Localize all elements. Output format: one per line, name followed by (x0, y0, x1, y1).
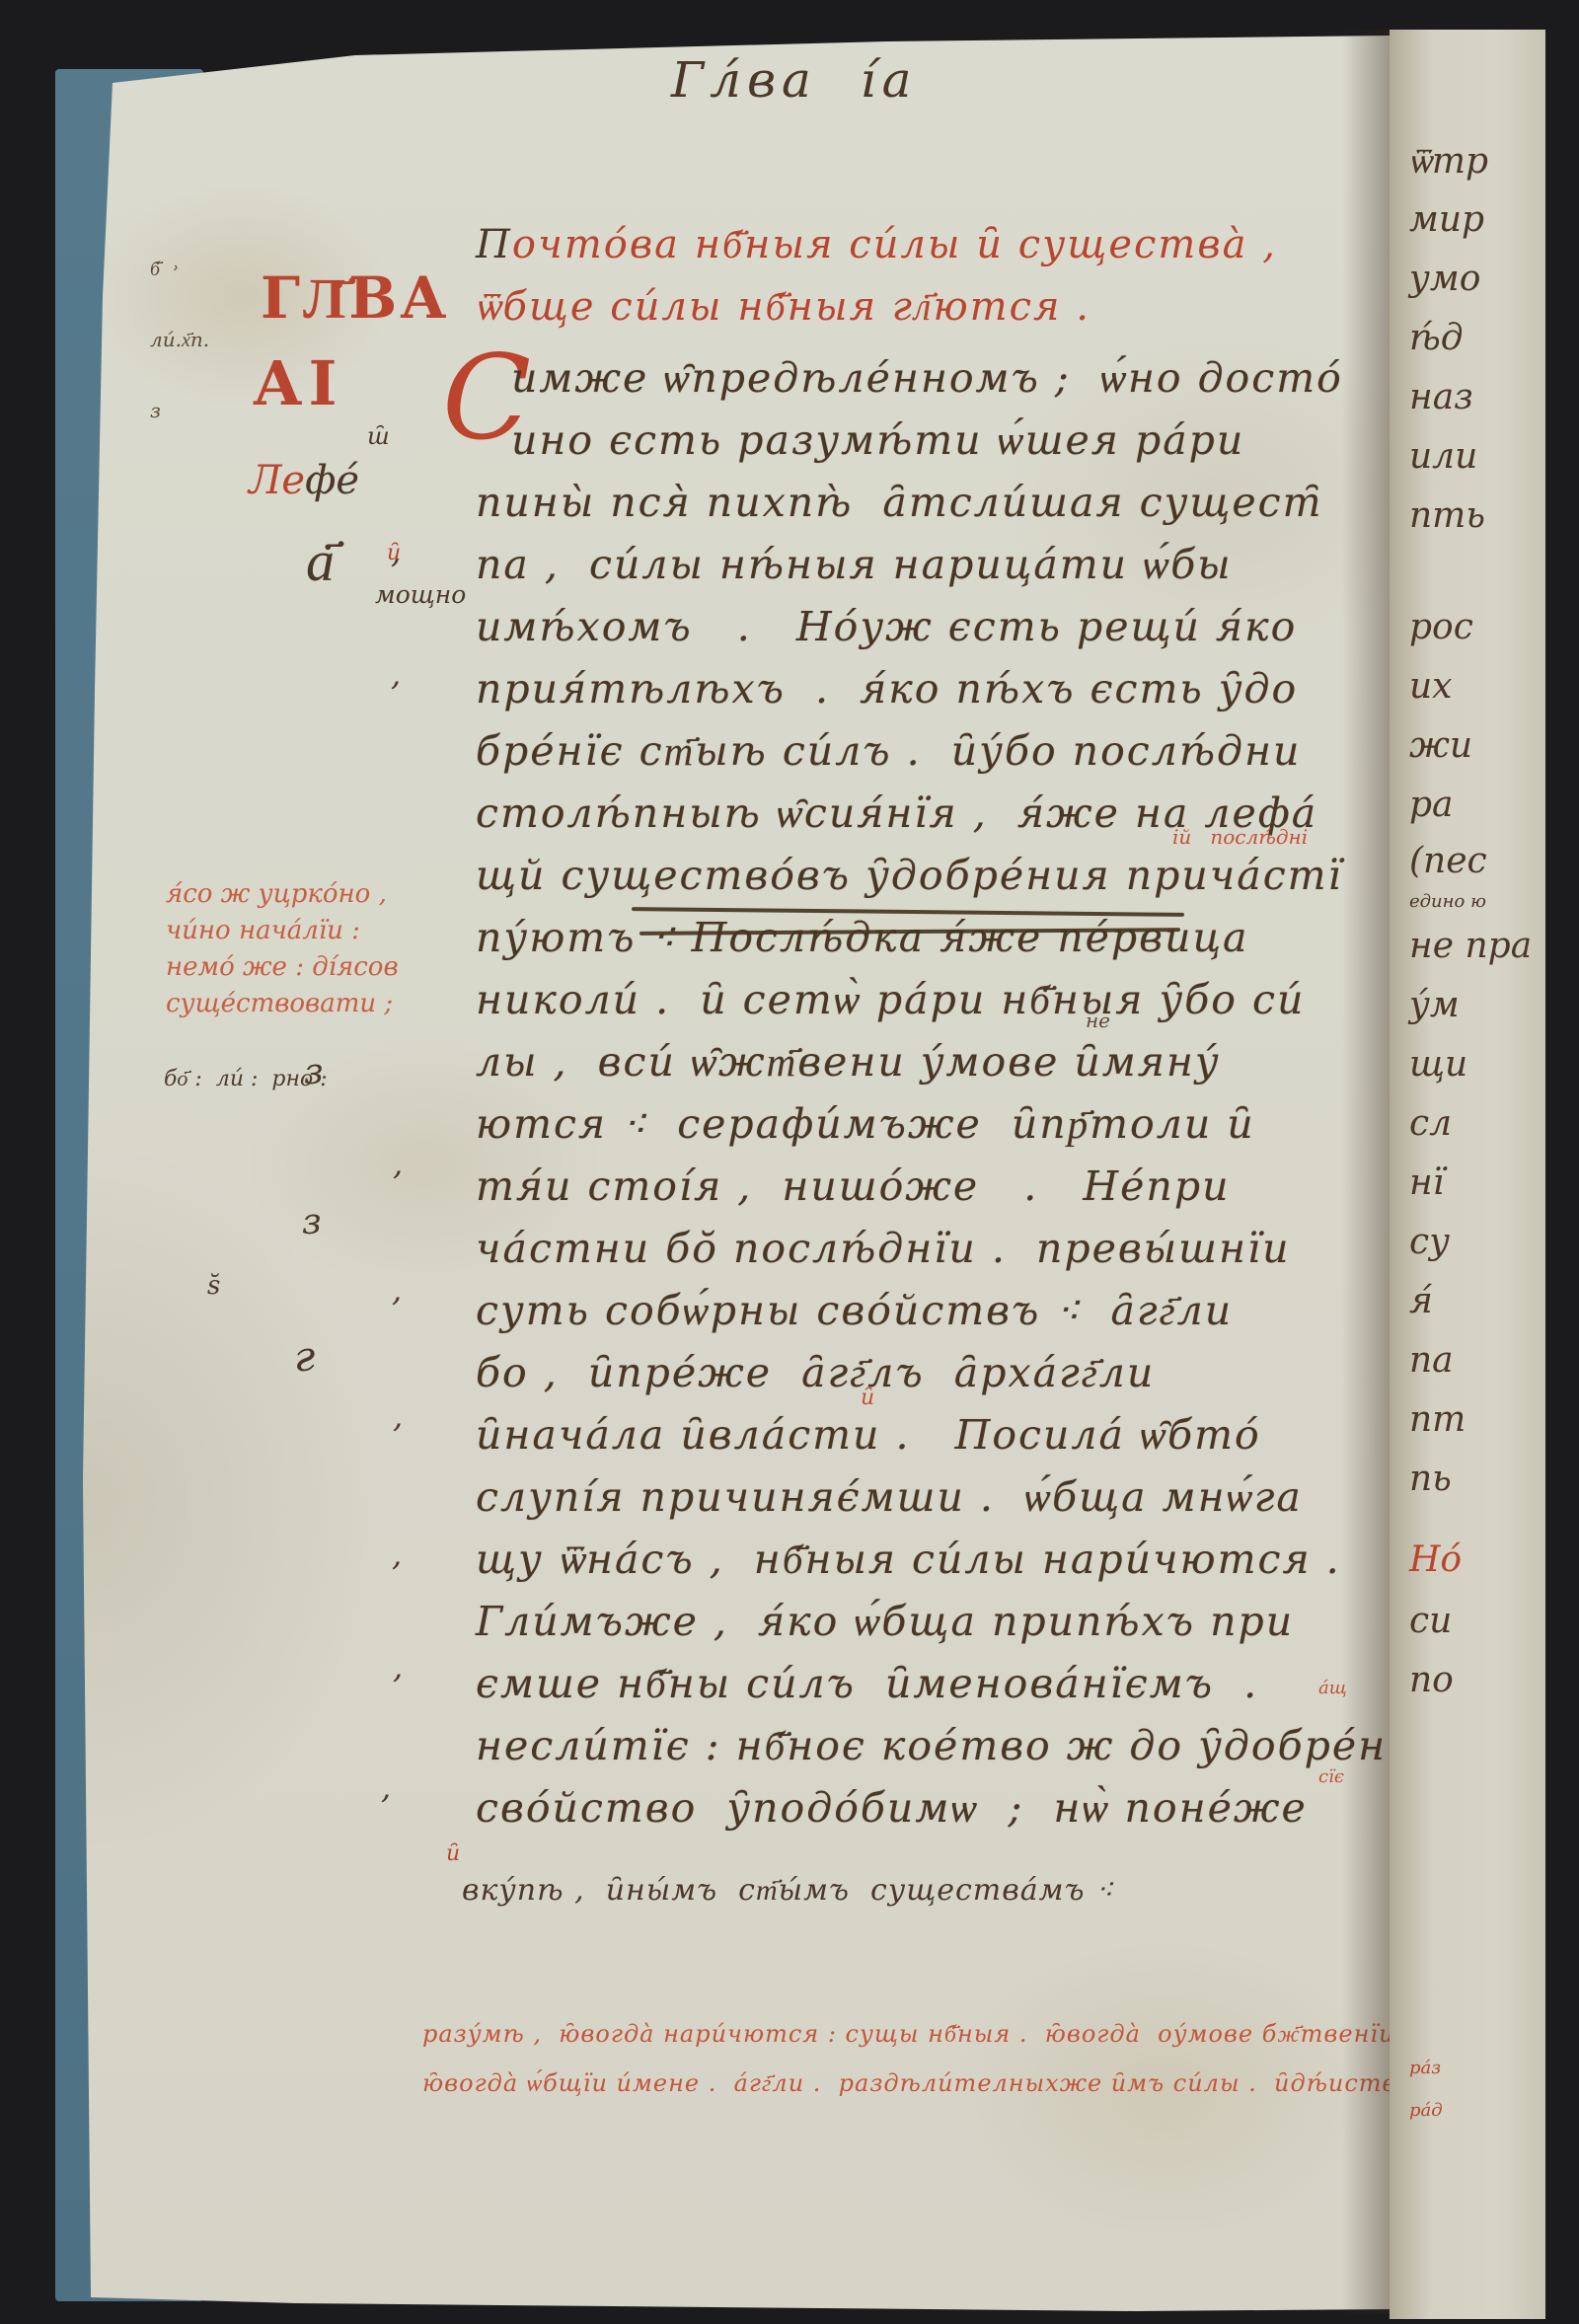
margin-squiggle: ѕ̆ (207, 1271, 220, 1301)
facing-page-text-fragment: ѣ́д (1409, 318, 1464, 358)
margin-squiggle: г (294, 1332, 315, 1381)
manuscript-line: николи́ . и̑ сетѡ̀ ра́ри нб҃ныя у̑бо си́ (476, 969, 1430, 1031)
facing-page-text-fragment: сл (1409, 1103, 1452, 1144)
gutter-comma: , (391, 655, 401, 693)
manuscript-line: имже ѡ̑предѣле́нномъ ; ѡ́но досто́ (476, 347, 1430, 410)
facing-page-text-fragment: си (1409, 1601, 1452, 1641)
facing-page-text-fragment: нї (1409, 1162, 1444, 1203)
facing-page-text-fragment: (пес (1409, 841, 1487, 881)
manuscript-line: ємше нб҃ны си́лъ и̑менова́нїємъ . (476, 1653, 1430, 1715)
solo-line: вку́пѣ , и̑ны́мъ ст҃ы́мъ существа́мъ ⁖ (462, 1873, 1114, 1908)
main-text-block: имже ѡ̑предѣле́нномъ ; ѡ́но досто́ино єс… (476, 347, 1430, 1839)
gutter-shadow (1342, 30, 1390, 2314)
gutter-comma: , (391, 533, 401, 570)
ref-note-line: б҃ ˒ (150, 257, 209, 280)
facing-page-text-fragment: не пра (1409, 926, 1532, 966)
ref-note-line: ли́.х҃п. (150, 328, 209, 351)
facing-page-text-fragment: пт (1409, 1399, 1466, 1440)
facing-page-text-fragment: ра́д (1409, 2100, 1443, 2121)
facing-page-text-fragment: ра (1409, 785, 1454, 825)
facing-page-edge: ѿтрмирумоѣ́дназилиптьросихжира(песедино … (1390, 30, 1545, 2319)
manuscript-line: тя́и стоі́я , нишо́же . Не́при (476, 1156, 1430, 1218)
facing-page-text-fragment: по (1409, 1660, 1454, 1700)
facing-page-text-fragment: ра́з (1409, 2058, 1441, 2078)
rubric-red-text: очто́ва нб҃ныя си́лы и̑ существа̀ , (512, 222, 1277, 267)
manuscript-line: прия́тѣлѣхъ . я́ко пѣ́хъ єсть у̑до (476, 658, 1430, 720)
gutter-comma: , (381, 1768, 391, 1806)
manuscript-line: ино єсть разумѣ́ти ѡ́шея ра́ри (476, 410, 1430, 472)
margin-red-note-line: немо́ же : ді́ясов (166, 949, 452, 986)
margin-red-note: я́со ж уцрко́но ,чи́но нача́лїи :немо́ ж… (166, 876, 452, 1022)
margin-gloss-superscript: ш̑ (367, 422, 390, 450)
red-footnotes: разу́мѣ , ю̑вогда̀ нари́чются : сущы нб҃… (422, 2009, 1429, 2108)
manuscript-line: пу́ютъ ⁖ Послѣ́дка я́же пе́рвица (476, 907, 1430, 969)
gloss-red-letter: Ле (249, 458, 305, 503)
gutter-comma: , (392, 1271, 402, 1309)
facing-page-text-fragment: щи (1409, 1044, 1467, 1085)
manuscript-line: пины̀ пся̀ пихпѣ̀ а̑тсли́шая сущест̑ (476, 472, 1430, 534)
manuscript-line: лы , вси́ ѡ̑жт҃вени у́мове и̑мяну́ (476, 1031, 1430, 1093)
margin-red-note-reference: бо҃ : ли́ : рно : (164, 1066, 328, 1091)
manuscript-line: и̑нача́ла и̑вла́сти . Посила́ ѡ̑бто́ (476, 1404, 1430, 1466)
facing-page-text-fragment: их (1409, 666, 1453, 707)
manuscript-line: имѣ́хомъ . Но́уж єсть рещи́ я́ко (476, 596, 1430, 658)
facing-page-text-fragment: пь (1409, 1459, 1452, 1499)
facing-page-text-fragment: пть (1409, 495, 1485, 536)
manuscript-line: сво́йство у̑подо́бимѡ ; нѡ̀ поне́же (476, 1777, 1430, 1839)
manuscript-line: несли́тїє : нб҃ноє кое́тво ж до у̑добре́… (476, 1715, 1430, 1777)
manuscript-line: щй существо́въ у̑добре́ния прича́стї (476, 845, 1430, 907)
interlinear-red-mark: и̑ (861, 1386, 874, 1410)
interlinear-ink-gloss: не (1086, 1009, 1110, 1032)
facing-page-text-fragment: су (1409, 1222, 1450, 1262)
margin-squiggle: з (302, 1202, 322, 1242)
manuscript-line: суть собѡ́рны сво́йствъ ⁖ а̑гг҃ли (476, 1280, 1430, 1342)
facing-page-text-fragment: мир (1409, 199, 1484, 240)
facing-page-text-fragment: я́ (1409, 1281, 1433, 1321)
running-header: Гл́ва і́а (671, 51, 917, 109)
footnote-line: ю̑вогда̀ ѡ́бщїи и́мене . а́гг҃ли . раздѣ… (422, 2059, 1429, 2108)
facing-page-text-fragment: у́м (1409, 985, 1460, 1025)
margin-red-note-line: чи́но нача́лїи : (166, 913, 452, 949)
facing-page-text-fragment: па (1409, 1340, 1454, 1381)
interlinear-red-gloss: ій послѣ́дні (1172, 825, 1308, 849)
facing-page-text-fragment: наз (1409, 377, 1473, 417)
margin-squiggle: з (304, 1052, 324, 1092)
manuscript-photo: Гл́ва і́а б҃ ˒ ли́.х҃п. з ГЛ҃ВА АІ Лефе́… (0, 0, 1579, 2324)
rubric-line-2: ѿбще си́лы нб҃ныя гл҃ются . (476, 283, 1090, 330)
margin-gloss-moshno: мощно (375, 580, 466, 609)
manuscript-line: Гли́мъже , я́ко ѡ́бща припѣ́хъ при (476, 1591, 1430, 1653)
manuscript-line: па , си́лы нѣ́ныя нарица́ти ѡ́бы (476, 534, 1430, 596)
manuscript-line: бо , и̑пре́же а̑гг҃лъ а̑рха́гг҃ли (476, 1342, 1430, 1404)
margin-red-note-line: суще́ствовати ; (166, 986, 452, 1022)
footnote-line: разу́мѣ , ю̑вогда̀ нари́чются : сущы нб҃… (422, 2009, 1429, 2059)
manuscript-line: ются ⁖ серафи́мъже и̑пр҃толи и̑ (476, 1093, 1430, 1156)
facing-page-text-fragment: Но́ (1409, 1539, 1462, 1580)
ref-note-line: з (150, 399, 209, 422)
margin-red-note-line: я́со ж уцрко́но , (166, 876, 452, 913)
rubric-ink-initial: П (476, 222, 512, 267)
facing-page-text-fragment: или (1409, 436, 1477, 477)
margin-letter-a: а҃ (306, 527, 335, 594)
solo-line-red-mark: и̑ (446, 1841, 460, 1866)
chapter-number: АІ (253, 347, 343, 419)
margin-gloss-lefe: Лефе́ (249, 458, 359, 503)
gutter-comma: , (393, 1397, 403, 1435)
gutter-comma: , (393, 1648, 403, 1686)
facing-page-text-fragment: жи (1409, 725, 1472, 766)
facing-page-text-fragment: умо (1409, 259, 1480, 299)
manuscript-line: щу ѿна́съ , нб҃ныя си́лы нари́чются . (476, 1529, 1430, 1591)
rubric-line-1: Почто́ва нб҃ныя си́лы и̑ существа̀ , (476, 221, 1277, 267)
margin-reference-note: б҃ ˒ ли́.х҃п. з (150, 209, 209, 470)
gutter-comma: , (393, 1145, 403, 1182)
manuscript-line: слупі́я причиняє́мши . ѡ́бща мнѡ́га (476, 1466, 1430, 1529)
gutter-comma: , (392, 1536, 402, 1573)
gloss-ink-letters: фе́ (305, 458, 359, 503)
facing-page-text-fragment: ѿтр (1409, 140, 1488, 182)
facing-page-text-fragment: едино ю (1409, 891, 1486, 912)
manuscript-line: ча́стни бо̆ послѣ́днїи . превы́шнїи (476, 1218, 1430, 1280)
manuscript-line: бре́нїє ст҃ыѣ си́лъ . и̑у́бо послѣ́дни (476, 720, 1430, 783)
chapter-heading: ГЛ҃ВА (261, 264, 450, 332)
facing-page-text-fragment: рос (1409, 607, 1473, 647)
